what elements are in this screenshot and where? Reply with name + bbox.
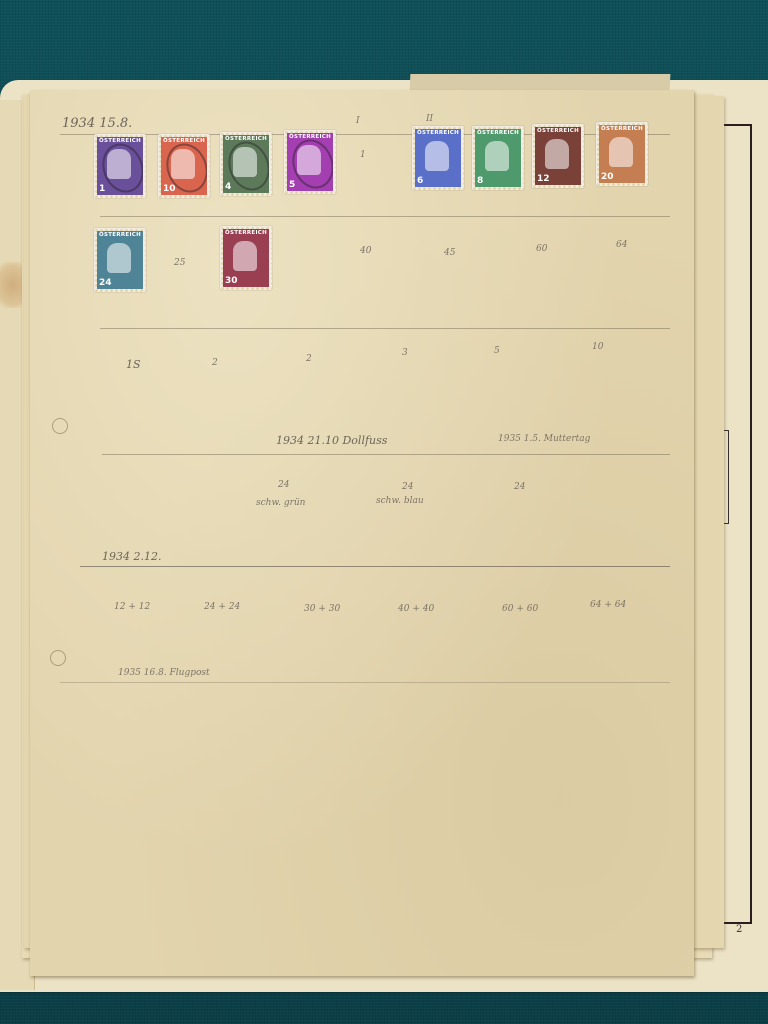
stamp-8g-green: ÖSTERREICH8 (472, 126, 524, 190)
slot-label: 3 (402, 348, 408, 358)
slot-label: 25 (174, 258, 185, 268)
section-heading-dollfuss: 1934 21.10 Dollfuss (276, 434, 387, 447)
slot-label: 2 (306, 354, 312, 364)
punch-hole (52, 418, 68, 434)
stamp-20g-orange: ÖSTERREICH20 (596, 122, 648, 186)
stamp-1g-violet: ÖSTERREICH1 (94, 134, 146, 198)
slot-label: 5 (494, 346, 500, 356)
slot-label: 24 + 24 (204, 602, 240, 612)
stamp-10g-red: ÖSTERREICH10 (158, 134, 210, 198)
stamp-album-page: 1934 15.8. I II 1 ÖSTERREICH1 ÖSTERREICH… (30, 90, 694, 976)
section-heading-muttertag: 1935 1.5. Muttertag (498, 434, 590, 444)
ruled-line (100, 328, 670, 329)
slot-label: 60 + 60 (502, 604, 538, 614)
slot-label: 40 (360, 246, 371, 256)
row-marker: II (426, 114, 433, 124)
row-marker: I (356, 116, 360, 126)
slot-label: 1S (126, 358, 141, 371)
row-marker-small: 1 (360, 150, 366, 160)
color-note: schw. blau (376, 496, 424, 506)
slot-label: 10 (592, 342, 603, 352)
stamp-12g-brown: ÖSTERREICH12 (532, 124, 584, 188)
stamp-30g-claret: ÖSTERREICH30 (220, 226, 272, 290)
slot-label: 24 (402, 482, 413, 492)
color-note: schw. grün (256, 498, 305, 508)
slot-label: 2 (212, 358, 218, 368)
ruled-line (102, 454, 670, 455)
slot-label: 24 (278, 480, 289, 490)
stamp-24g-bluegrey: ÖSTERREICH24 (94, 228, 146, 292)
section-heading-1934-2-12: 1934 2.12. (102, 550, 161, 563)
slot-label: 64 (616, 240, 627, 250)
stamp-5g-magenta: ÖSTERREICH5 (284, 130, 336, 194)
slot-label: 64 + 64 (590, 600, 626, 610)
stamp-4g-green: ÖSTERREICH4 (220, 132, 272, 196)
ruled-line (100, 216, 670, 217)
page-number: 2 (736, 924, 742, 935)
section-heading-flugpost: 1935 16.8. Flugpost (118, 668, 210, 678)
paper-fold (410, 74, 671, 90)
slot-label: 40 + 40 (398, 604, 434, 614)
ruled-line (80, 566, 670, 567)
stamp-6g-blue: ÖSTERREICH6 (412, 126, 464, 190)
section-heading-1934-15-8: 1934 15.8. (62, 116, 132, 131)
slot-label: 60 (536, 244, 547, 254)
ruled-line (60, 682, 670, 683)
slot-label: 45 (444, 248, 455, 258)
punch-hole (50, 650, 66, 666)
slot-label: 30 + 30 (304, 604, 340, 614)
slot-label: 24 (514, 482, 525, 492)
slot-label: 12 + 12 (114, 602, 150, 612)
